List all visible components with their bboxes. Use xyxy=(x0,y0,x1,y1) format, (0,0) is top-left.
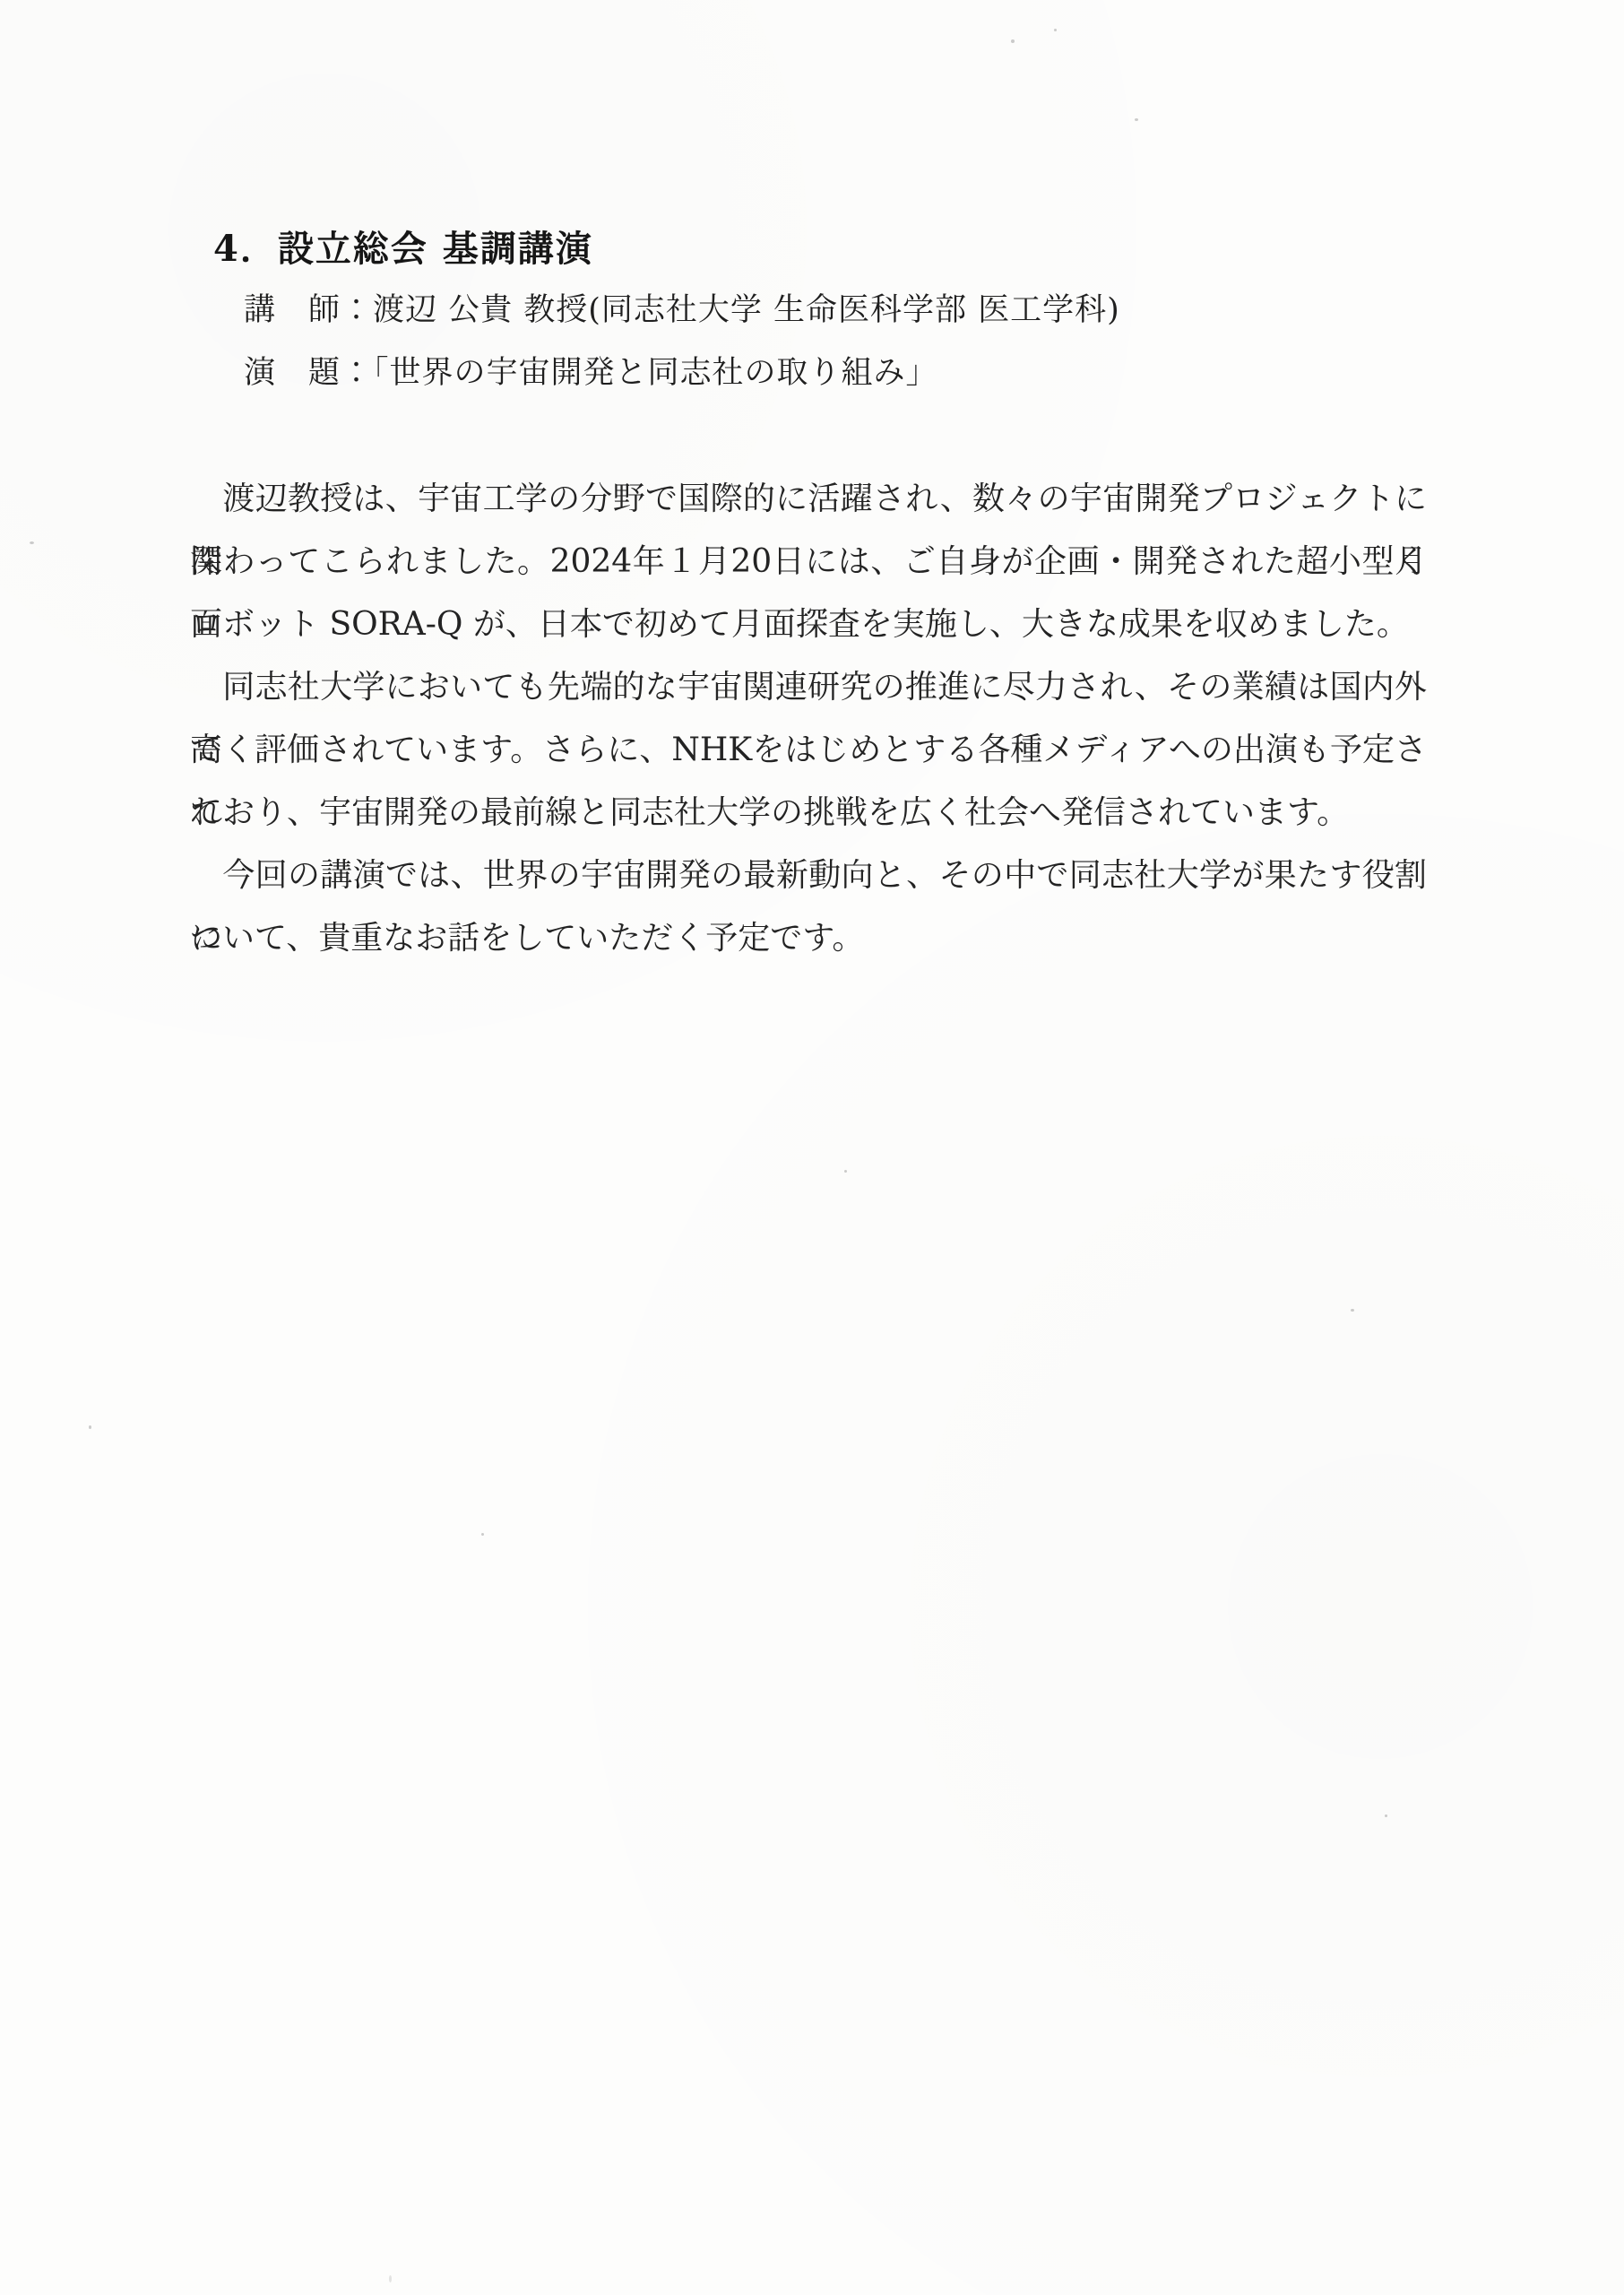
scanned-document-page: 4．設立総会 基調講演 講 師：渡辺 公貴 教授(同志社大学 生命医科学部 医工… xyxy=(0,0,1624,2295)
lecturer-line: 講 師：渡辺 公貴 教授(同志社大学 生命医科学部 医工学科) xyxy=(244,285,1120,330)
scan-speck xyxy=(389,2275,392,2282)
topic-label: 演 題： xyxy=(244,355,373,391)
scan-speck xyxy=(89,1425,91,1429)
paragraph-line: 今回の講演では、世界の宇宙開発の最新動向と、その中で同志社大学が果たす役割に xyxy=(190,844,1427,907)
scan-speck xyxy=(481,1533,484,1536)
paragraph-line: 高く評価されています。さらに、NHKをはじめとする各種メディアへの出演も予定され xyxy=(190,719,1427,782)
scan-speck xyxy=(1385,1814,1387,1817)
paragraph-line: 関わってこられました。2024年１月20日には、ご自身が企画・開発された超小型月… xyxy=(190,531,1427,593)
section-heading: 4．設立総会 基調講演 xyxy=(213,221,593,272)
lecturer-value: 渡辺 公貴 教授(同志社大学 生命医科学部 医工学科) xyxy=(373,292,1120,328)
body-text: 渡辺教授は、宇宙工学の分野で国際的に活躍され、数々の宇宙開発プロジェクトに深く … xyxy=(190,468,1427,970)
paragraph-line: ロボット SORA-Q が、日本で初めて月面探査を実施し、大きな成果を収めました… xyxy=(190,593,1427,656)
scan-speck xyxy=(30,541,34,544)
scan-speck xyxy=(1054,29,1057,31)
topic-line: 演 題：「世界の宇宙開発と同志社の取り組み」 xyxy=(244,348,938,393)
paragraph-line: ついて、貴重なお話をしていただく予定です。 xyxy=(190,907,1427,970)
lecturer-label: 講 師： xyxy=(244,292,373,328)
scan-speck xyxy=(1135,118,1138,121)
topic-value: 「世界の宇宙開発と同志社の取り組み」 xyxy=(373,355,938,391)
paragraph-line: ており、宇宙開発の最前線と同志社大学の挑戦を広く社会へ発信されています。 xyxy=(190,782,1427,844)
scan-speck xyxy=(1351,1309,1354,1312)
scan-speck xyxy=(1011,39,1015,43)
paragraph-line: 渡辺教授は、宇宙工学の分野で国際的に活躍され、数々の宇宙開発プロジェクトに深く xyxy=(190,468,1427,531)
scan-speck xyxy=(844,1170,847,1173)
paragraph-line: 同志社大学においても先端的な宇宙関連研究の推進に尽力され、その業績は国内外で xyxy=(190,656,1427,719)
